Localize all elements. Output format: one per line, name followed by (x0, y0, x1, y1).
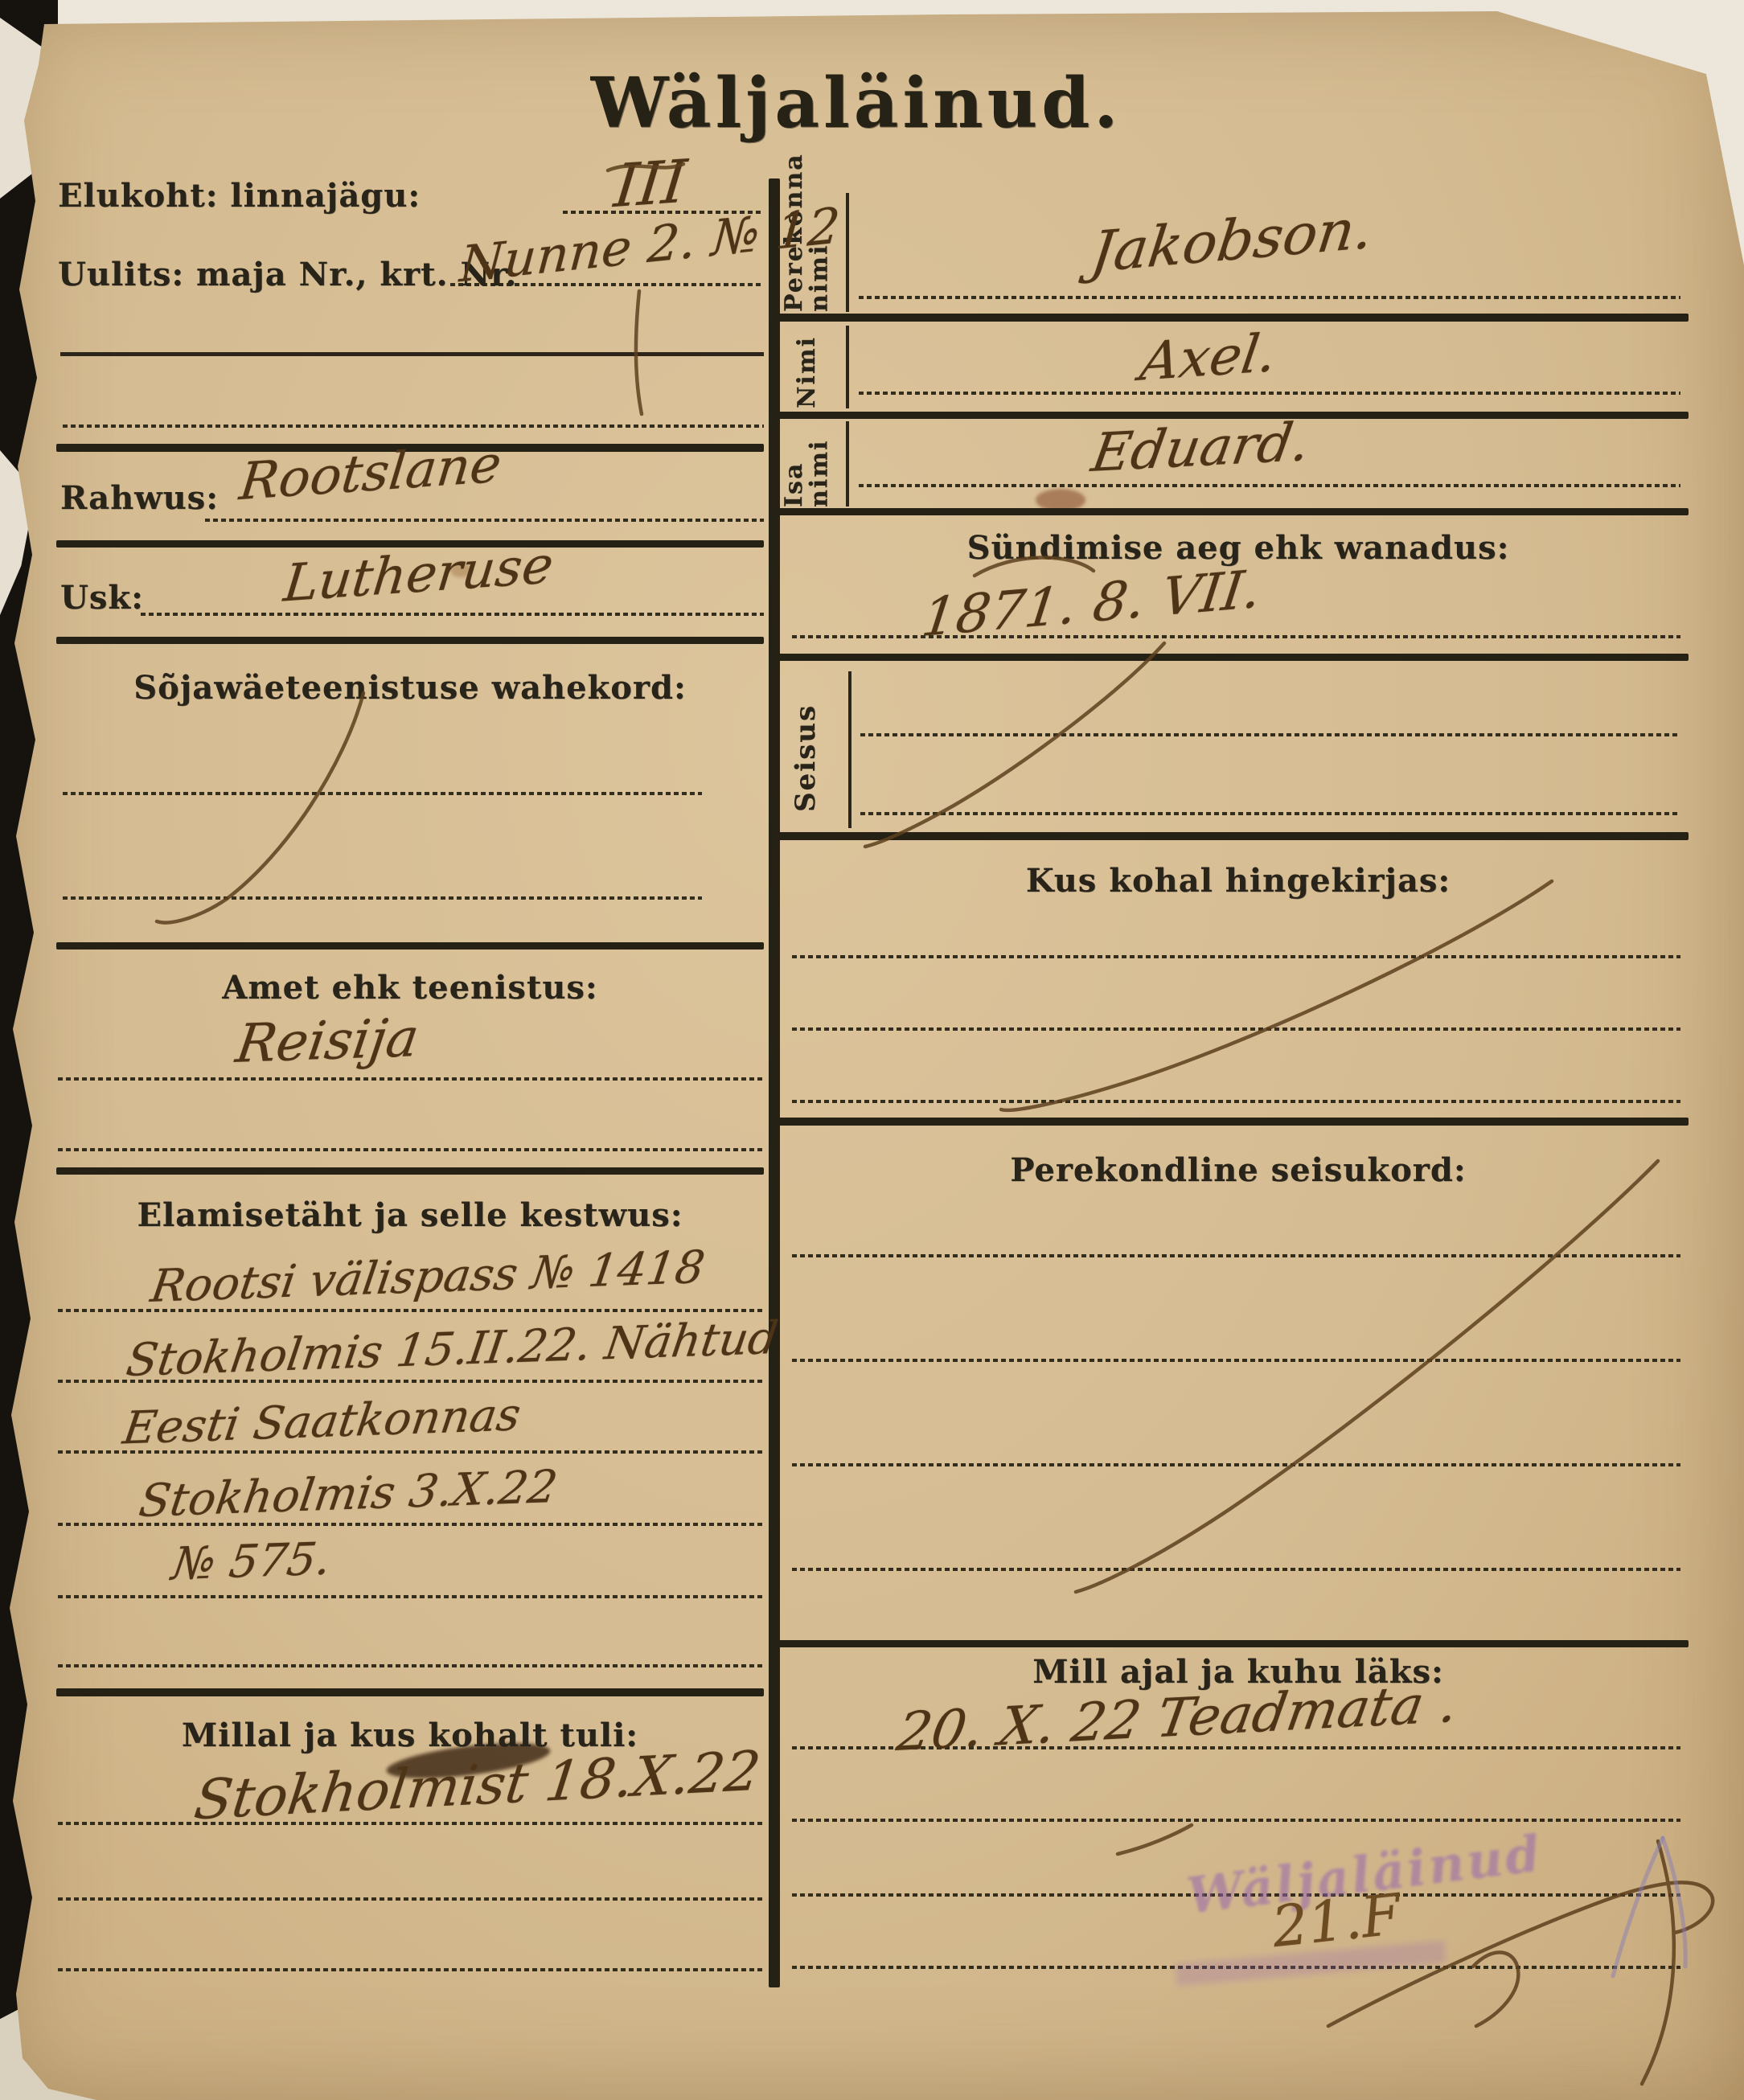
dotted-line (860, 733, 1680, 736)
status-label: Seisus (792, 679, 821, 812)
pencil-annotation: 21.F (1269, 1881, 1404, 1960)
cell-rule (846, 193, 849, 312)
dotted-line (792, 1027, 1680, 1031)
section-divider (56, 1688, 764, 1696)
occupation-header: Amet ehk teenistus: (56, 969, 764, 1007)
dotted-line (58, 1968, 764, 1971)
cell-rule (846, 421, 849, 507)
rule-line (60, 352, 764, 356)
column-divider (769, 178, 780, 1987)
elukoht-value: III (611, 147, 690, 221)
first-name-label: Nimi (794, 328, 820, 408)
rahwus-label: Rahwus: (60, 479, 219, 517)
row-divider (778, 314, 1689, 322)
dotted-line (141, 613, 764, 616)
residence-line: № 575. (169, 1533, 334, 1591)
dotted-line (792, 1359, 1680, 1362)
dotted-line (792, 1254, 1680, 1257)
dotted-line (63, 425, 764, 428)
uulits-label: Uulits: maja Nr., krt. Nr. (58, 256, 517, 293)
cell-rule (848, 671, 851, 828)
dotted-line (58, 1897, 764, 1901)
row-divider (778, 1640, 1689, 1647)
dotted-line (792, 1819, 1680, 1822)
page-title: Wäljaläinud. (16, 63, 1697, 144)
row-divider (778, 508, 1689, 515)
father-name-label: Isa nimi (782, 423, 832, 507)
dotted-line (859, 392, 1680, 395)
dotted-line (58, 1595, 764, 1598)
father-name-value: Eduard. (1088, 411, 1315, 484)
section-divider (56, 942, 764, 950)
dotted-line (63, 792, 702, 795)
dotted-line (58, 1077, 764, 1081)
usk-label: Usk: (60, 579, 144, 617)
dotted-line (792, 1100, 1680, 1103)
dotted-line (792, 955, 1680, 958)
parish-register-header: Kus kohal hingekirjas: (792, 862, 1684, 900)
dotted-line (860, 812, 1680, 815)
family-status-header: Perekondline seisukord: (792, 1151, 1684, 1189)
elukoht-label: Elukoht: linnajägu: (58, 177, 421, 215)
residence-permit-header: Elamisetäht ja selle kestwus: (56, 1196, 764, 1234)
dotted-line (58, 1148, 764, 1151)
dotted-line (205, 519, 764, 522)
dotted-line (63, 896, 702, 900)
scanned-document-scene: Wäljaläinud. Elukoht: linnajägu: III Uul… (0, 0, 1744, 2100)
cell-rule (846, 326, 849, 408)
section-divider (56, 1167, 764, 1175)
first-name-value: Axel. (1136, 322, 1280, 392)
row-divider (778, 654, 1689, 661)
occupation-value: Reisija (232, 1007, 423, 1075)
section-divider (56, 637, 764, 644)
dotted-line (792, 1568, 1680, 1571)
row-divider (778, 832, 1689, 840)
dotted-line (859, 484, 1680, 487)
military-service-header: Sõjawäeteenistuse wahekord: (56, 669, 764, 707)
dotted-line (58, 1664, 764, 1667)
row-divider (778, 1118, 1689, 1126)
dotted-line (792, 1463, 1680, 1466)
dotted-line (859, 296, 1680, 299)
dotted-line (58, 1822, 764, 1825)
